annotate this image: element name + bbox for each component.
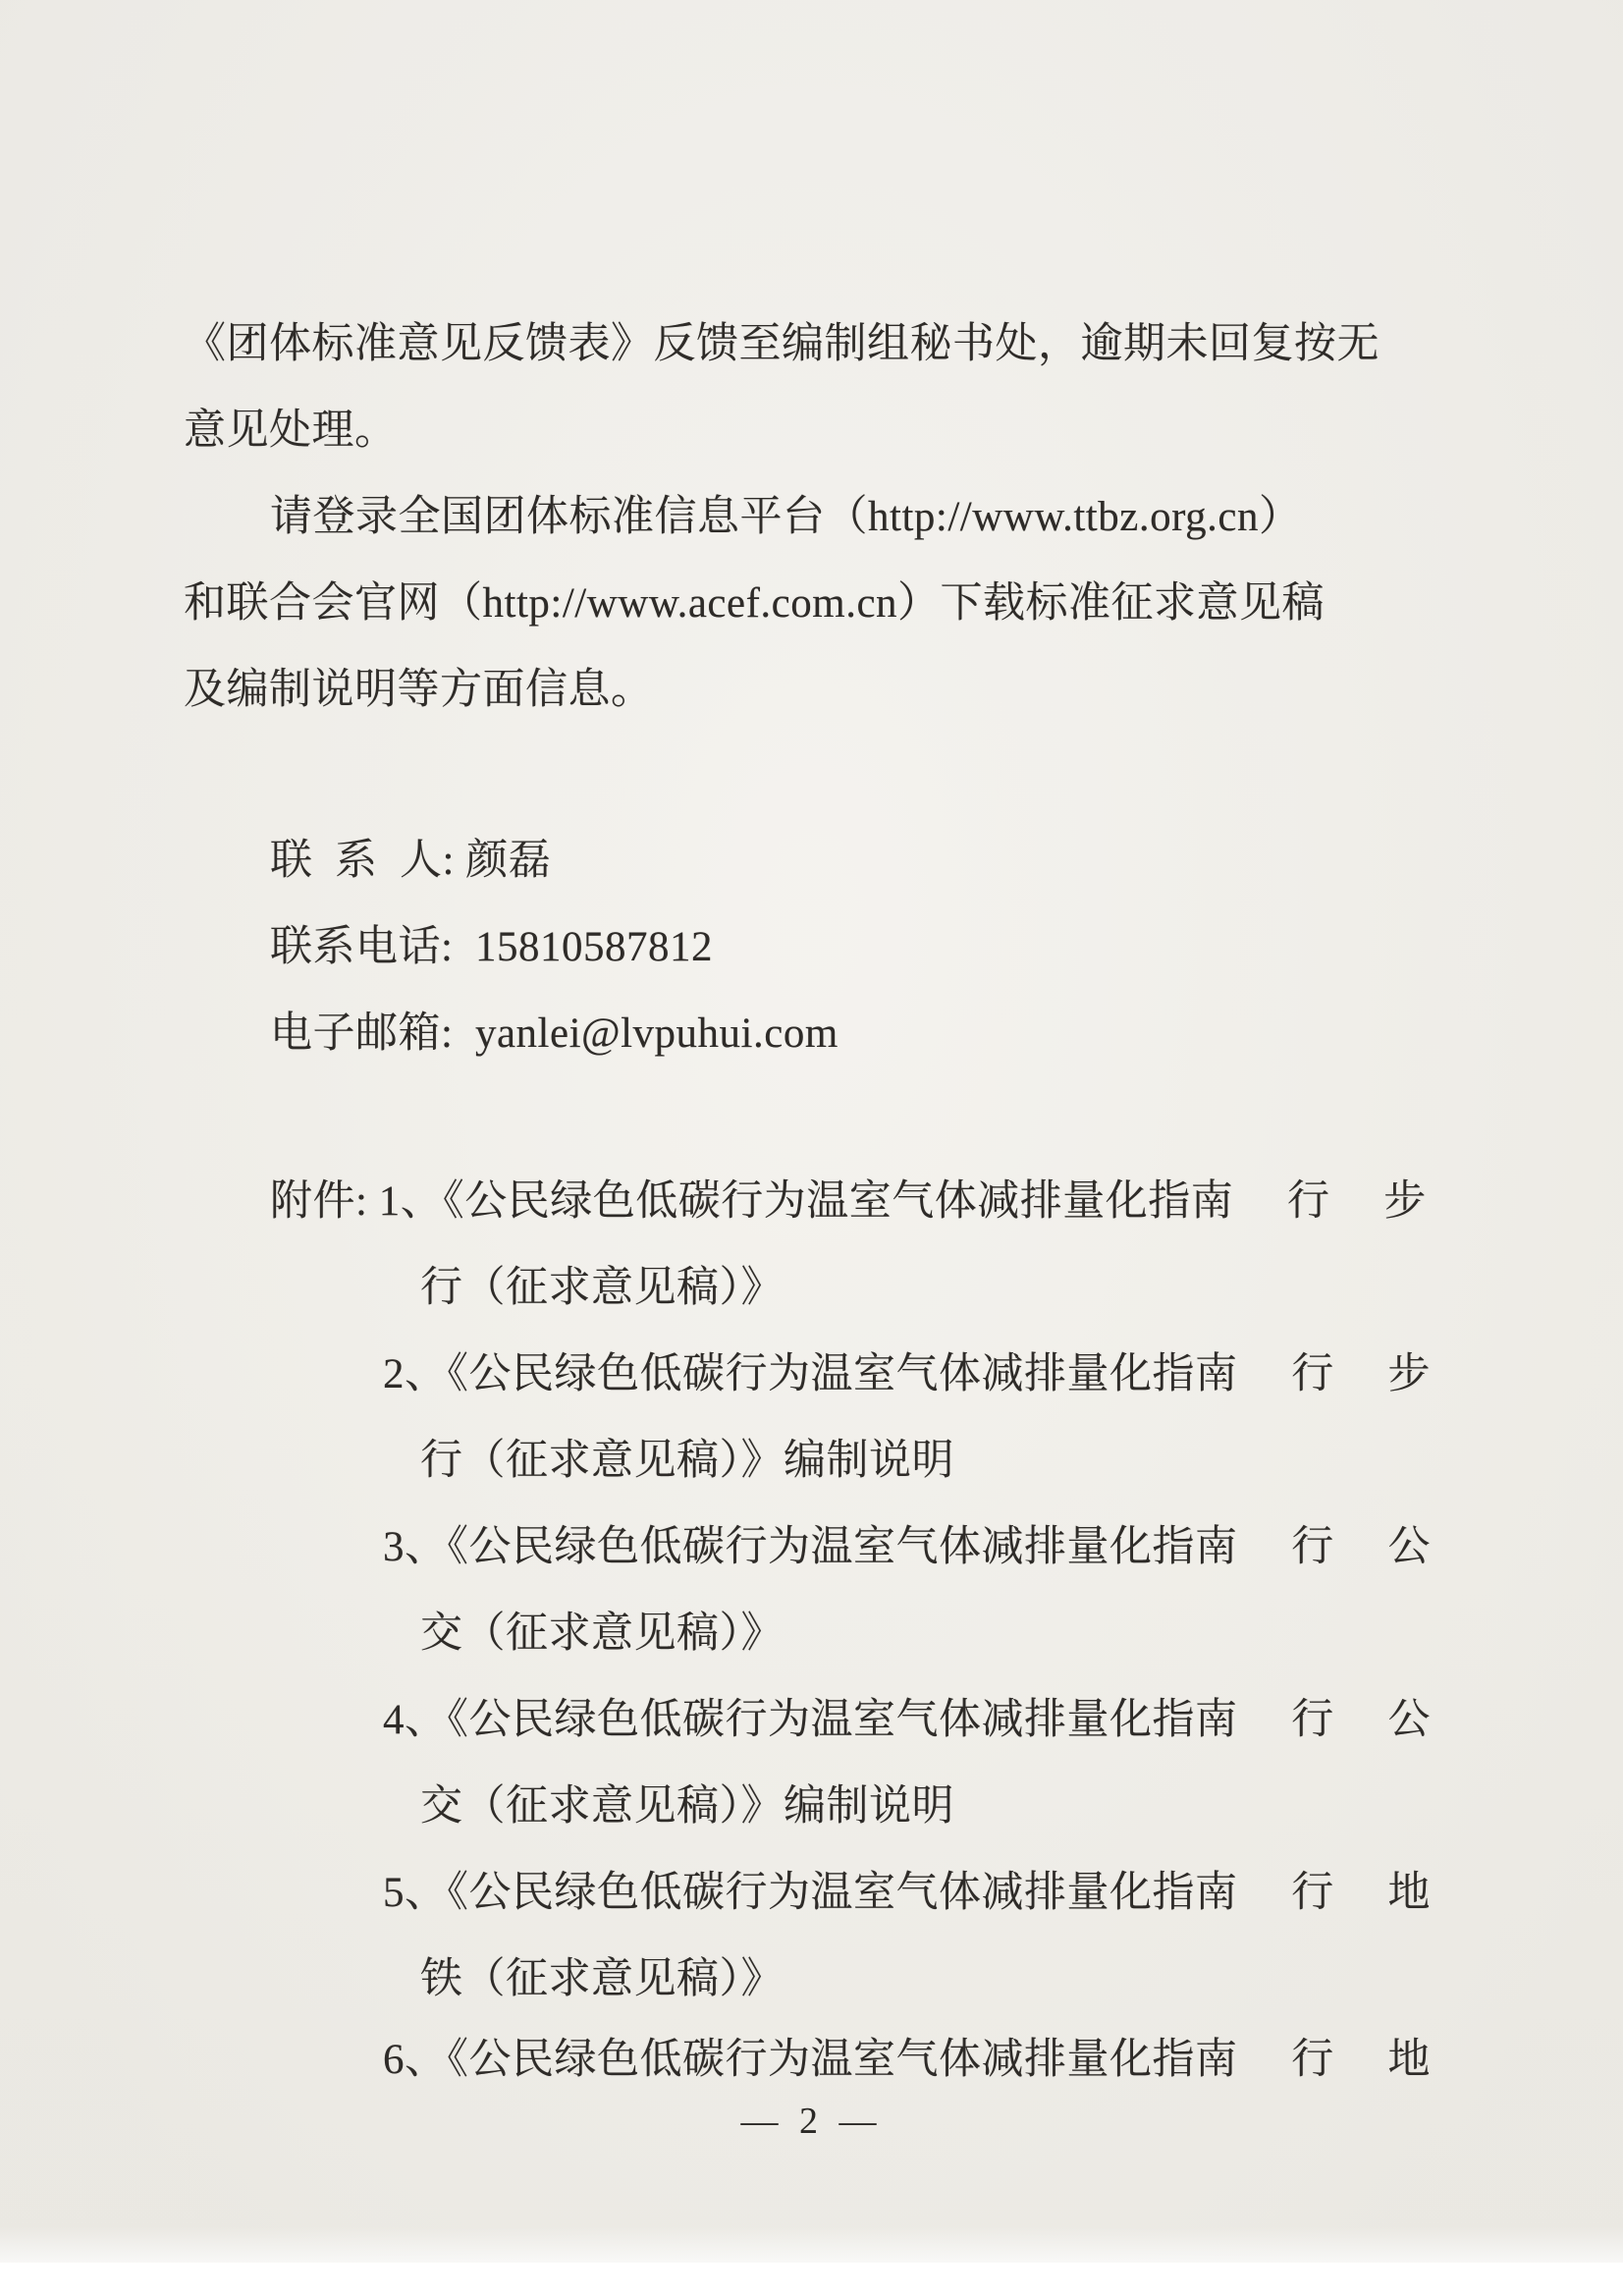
attachment-line-1-continuation: 行（征求意见稿）》 <box>420 1260 784 1317</box>
contact-phone-line: 联系电话: 15810587812 <box>270 919 713 976</box>
attachment-line-3: 3、《公民绿色低碳行为温室气体减排量化指南 行 公 <box>383 1519 1431 1576</box>
contact-email-line: 电子邮箱: yanlei@lvpuhui.com <box>270 1006 839 1063</box>
attachment-line-6: 6、《公民绿色低碳行为温室气体减排量化指南 行 地 <box>383 2032 1431 2089</box>
attachment-line-2: 2、《公民绿色低碳行为温室气体减排量化指南 行 步 <box>383 1346 1431 1403</box>
scan-bottom-edge <box>0 2263 1623 2296</box>
body-line-platform-url: 请登录全国团体标准信息平台（http://www.ttbz.org.cn） <box>270 489 1301 546</box>
body-line-official-site-url: 和联合会官网（http://www.acef.com.cn）下载标准征求意见稿 <box>184 575 1325 632</box>
attachment-line-1: 附件: 1、《公民绿色低碳行为温室气体减排量化指南 行 步 <box>270 1174 1427 1230</box>
contact-person-line: 联 系 人: 颜磊 <box>270 833 551 890</box>
body-line: 及编制说明等方面信息。 <box>184 662 654 719</box>
attachment-line-4-continuation: 交（征求意见稿）》编制说明 <box>420 1778 954 1835</box>
attachment-line-5-continuation: 铁（征求意见稿）》 <box>420 1951 784 2008</box>
page-number: — 2 — <box>0 2100 1623 2143</box>
attachment-line-3-continuation: 交（征求意见稿）》 <box>420 1606 784 1663</box>
attachment-line-4: 4、《公民绿色低碳行为温室气体减排量化指南 行 公 <box>383 1692 1431 1749</box>
attachment-line-5: 5、《公民绿色低碳行为温室气体减排量化指南 行 地 <box>383 1865 1431 1922</box>
body-line: 意见处理。 <box>184 403 398 460</box>
body-line: 《团体标准意见反馈表》反馈至编制组秘书处，逾期未回复按无 <box>184 316 1380 373</box>
attachment-line-2-continuation: 行（征求意见稿）》编制说明 <box>420 1433 954 1490</box>
scanned-document-page: 《团体标准意见反馈表》反馈至编制组秘书处，逾期未回复按无 意见处理。 请登录全国… <box>0 0 1623 2296</box>
